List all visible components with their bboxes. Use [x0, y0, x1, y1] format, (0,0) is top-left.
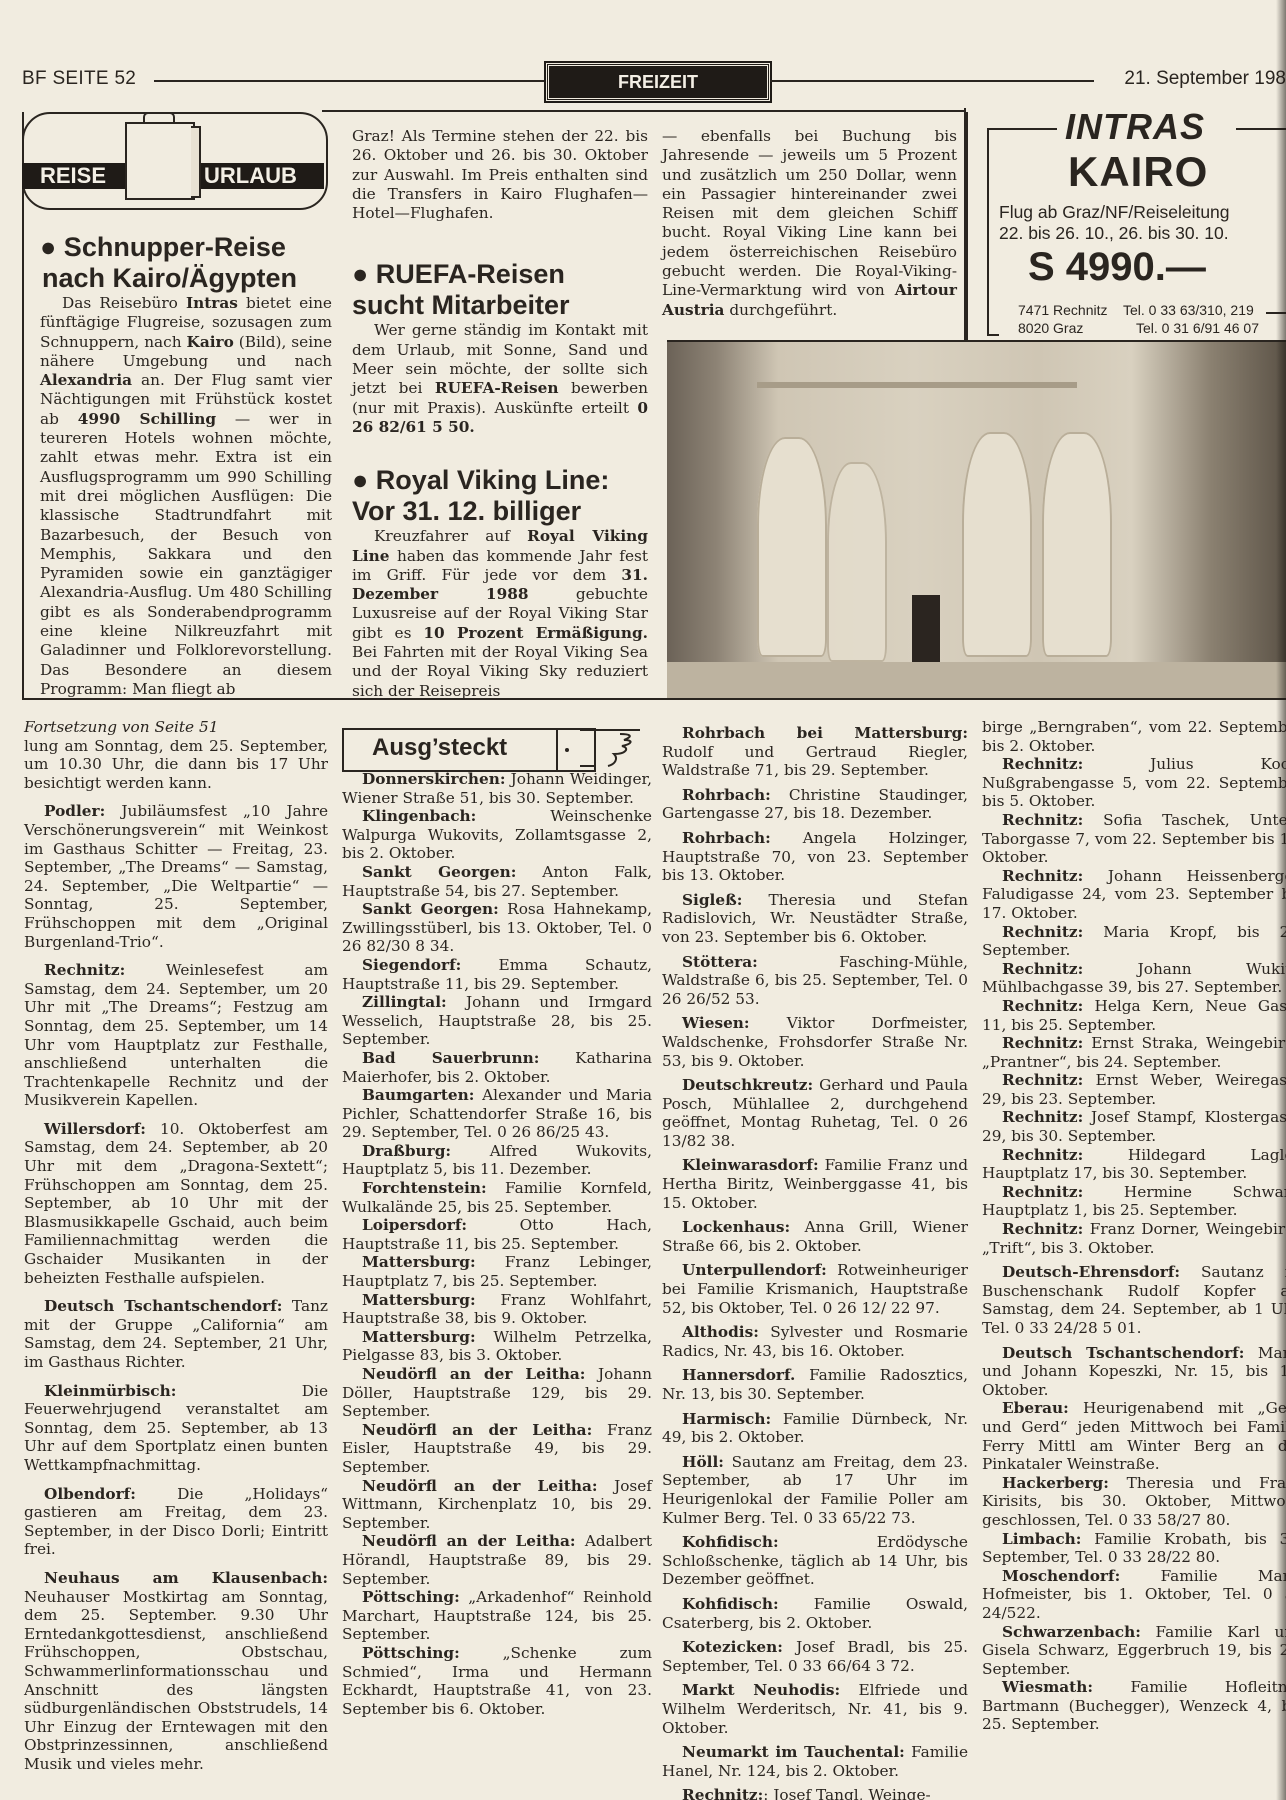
heurigen-bush-icon — [580, 728, 644, 768]
event-item: Olbendorf: Die „Holidays“ gastieren am F… — [24, 1485, 328, 1559]
listing-item: Rechnitz: Helga Kern, Neue Gasse 11, bis… — [982, 997, 1286, 1034]
section-rule — [22, 698, 1286, 700]
listing-item: Deutsch Tschantschendorf: Maria und Joha… — [982, 1344, 1286, 1400]
section-title: FREIZEIT — [546, 63, 770, 101]
listing-item: Neudörfl an der Leitha: Johann Döller, H… — [342, 1365, 652, 1421]
listing-item: Rechnitz: Johann Heissenberger, Faludiga… — [982, 867, 1286, 923]
ad-rule — [997, 128, 1057, 130]
listing-item: Rechnitz: Johann Wukits, Mühlbachgasse 3… — [982, 960, 1286, 997]
headline-ruefa-2: sucht Mitarbeiter — [352, 290, 648, 321]
listing-item: Mattersburg: Franz Lebinger, Hauptplatz … — [342, 1253, 652, 1290]
ausgsteckt-title: Ausg’steckt — [372, 734, 507, 762]
page-binding-shadow — [1276, 0, 1286, 1800]
listing-item: Deutsch-Ehrensdorf: Sautanz im Buschensc… — [982, 1263, 1286, 1337]
listing-item: Kohfidisch: Familie Oswald, Csaterberg, … — [662, 1595, 968, 1632]
listing-item: Kohfidisch: Erdödysche Schloßschenke, tä… — [662, 1533, 968, 1589]
listing-item: Rohrbach bei Mattersburg: Rudolf und Ger… — [662, 724, 968, 780]
statue — [757, 437, 827, 657]
headline-royal-1: ● Royal Viking Line: — [352, 465, 648, 496]
schnupper-continuation: Graz! Als Termine stehen der 22. bis 26.… — [352, 127, 648, 223]
listing-item: Baumgarten: Alexander und Maria Pichler,… — [342, 1086, 652, 1142]
ausgsteckt-column-1: Donnerskirchen: Johann Weidinger, Wiener… — [342, 770, 652, 1718]
royal-continuation: — ebenfalls bei Buchung bis Jahresende —… — [662, 127, 957, 320]
statue — [827, 462, 887, 662]
royal-body: Kreuzfahrer auf Royal Viking Line haben … — [352, 527, 648, 701]
page-label: BF SEITE 52 — [22, 68, 136, 90]
ad-address-2-city: 8020 Graz — [1018, 320, 1083, 336]
listing-item: Wiesen: Viktor Dorfmeister, Waldschenke,… — [662, 1014, 968, 1070]
listing-item: Althodis: Sylvester und Rosmarie Radics,… — [662, 1323, 968, 1360]
listing-item: Wiesmath: Familie Hofleitner Bartmann (B… — [982, 1678, 1286, 1734]
listing-item: Limbach: Familie Krobath, bis 30. Septem… — [982, 1530, 1286, 1567]
column-2: Graz! Als Termine stehen der 22. bis 26.… — [352, 127, 648, 701]
ad-dates: 22. bis 26. 10., 26. bis 30. 10. — [999, 223, 1229, 244]
event-item: Deutsch Tschantschendorf: Tanz mit der G… — [24, 1297, 328, 1371]
listing-item: Deutschkreutz: Gerhard und Paula Posch, … — [662, 1076, 968, 1150]
listing-item: Draßburg: Alfred Wukovits, Hauptplatz 5,… — [342, 1142, 652, 1179]
listing-item: Schwarzenbach: Familie Karl und Gisela S… — [982, 1623, 1286, 1679]
listing-item: Bad Sauerbrunn: Katharina Maierhofer, bi… — [342, 1049, 652, 1086]
listing-item: Kotezicken: Josef Bradl, bis 25. Septemb… — [662, 1638, 968, 1675]
listing-item: Sankt Georgen: Anton Falk, Hauptstraße 5… — [342, 863, 652, 900]
statue — [962, 432, 1032, 657]
ausgsteckt-column-2: Rohrbach bei Mattersburg: Rudolf und Ger… — [662, 718, 968, 1800]
event-item: Neuhaus am Klausenbach: Neuhauser Mostki… — [24, 1569, 328, 1774]
header-rule-right — [770, 80, 1094, 82]
article-schnupper-reise: ● Schnupper-Reise nach Kairo/Ägypten Das… — [40, 232, 332, 699]
listing-item: Forchtenstein: Familie Kornfeld, Wulkalä… — [342, 1179, 652, 1216]
ausgsteckt-dot — [565, 748, 569, 752]
headline-schnupper-1: ● Schnupper-Reise — [40, 232, 332, 263]
ad-address-1-city: 7471 Rechnitz — [1018, 302, 1108, 318]
listing-item: Rechnitz: Ernst Weber, Weiregasse 29, bi… — [982, 1071, 1286, 1108]
suitcase-side-icon — [191, 126, 201, 198]
listing-item: Stöttera: Fasching-Mühle, Waldstraße 6, … — [662, 953, 968, 1009]
listing-item: Lockenhaus: Anna Grill, Wiener Straße 66… — [662, 1218, 968, 1255]
listing-item: Hackerberg: Theresia und Franz Kirisits,… — [982, 1474, 1286, 1530]
photo-ground — [667, 662, 1286, 700]
listing-item: Rechnitz:: Josef Tangl, Weinge- — [662, 1786, 968, 1800]
column-3: — ebenfalls bei Buchung bis Jahresende —… — [662, 127, 957, 320]
listing-item: Hannersdorf. Familie Radosztics, Nr. 13,… — [662, 1366, 968, 1403]
listing-item: Kleinwarasdorf: Familie Franz und Hertha… — [662, 1156, 968, 1212]
ad-address-2-tel: Tel. 0 31 6/91 46 07 — [1136, 320, 1259, 336]
listing-item: Rechnitz: Hildegard Lagler, Hauptplatz 1… — [982, 1146, 1286, 1183]
ad-destination: KAIRO — [1068, 148, 1208, 196]
listing-item: Rohrbach: Angela Holzinger, Hauptstraße … — [662, 829, 968, 885]
ad-flight-info: Flug ab Graz/NF/Reiseleitung — [999, 202, 1230, 223]
events-intro: lung am Sonntag, dem 25. September, um 1… — [24, 737, 328, 793]
ad-brand: INTRAS — [1065, 106, 1205, 148]
listing-item: Unterpullendorf: Rotweinheuriger bei Fam… — [662, 1261, 968, 1317]
abu-simbel-photo — [667, 340, 1286, 700]
ad-price: S 4990.— — [1028, 245, 1206, 290]
logo-word-urlaub: URLAUB — [204, 163, 297, 189]
listing-item: Neudörfl an der Leitha: Josef Wittmann, … — [342, 1477, 652, 1533]
ad-address-1-tel: Tel. 0 33 63/310, 219 — [1123, 302, 1254, 318]
listing-item: Rechnitz: Sofia Taschek, Untere Taborgas… — [982, 811, 1286, 867]
listing-item: Rechnitz: Maria Kropf, bis 26. September… — [982, 923, 1286, 960]
ad-bracket — [987, 128, 999, 336]
listing-item: Klingenbach: Weinschenke Walpurga Wukovi… — [342, 807, 652, 863]
listing-item: Rechnitz: Ernst Straka, Weingebirge „Pra… — [982, 1034, 1286, 1071]
listing-item: Pöttsching: „Arkadenhof“ Reinhold Marcha… — [342, 1588, 652, 1644]
article-body: Das Reisebüro Intras bietet eine fünftäg… — [40, 294, 332, 699]
listing-item: Rechnitz: Josef Stampf, Klostergasse 29,… — [982, 1108, 1286, 1145]
headline-ruefa-1: ● RUEFA-Reisen — [352, 259, 648, 290]
listing-item: Rechnitz: Julius Koch, Nußgrabengasse 5,… — [982, 755, 1286, 811]
logo-word-reise: REISE — [40, 163, 106, 189]
listing-item: Pöttsching: „Schenke zum Schmied“, Irma … — [342, 1644, 652, 1718]
suitcase-icon — [125, 122, 195, 200]
listing-item: Höll: Sautanz am Freitag, dem 23. Septem… — [662, 1453, 968, 1527]
listing-item: Loipersdorf: Otto Hach, Hauptstraße 11, … — [342, 1216, 652, 1253]
listing-item: Rechnitz: Franz Dorner, Weingebirge „Tri… — [982, 1220, 1286, 1257]
listing-item: Moschendorf: Familie Maria Hofmeister, b… — [982, 1567, 1286, 1623]
headline-schnupper-2: nach Kairo/Ägypten — [42, 263, 332, 294]
statue — [1042, 432, 1112, 657]
listing-item: Rechnitz: Hermine Schwarz, Hauptplatz 1,… — [982, 1183, 1286, 1220]
listing-item: Harmisch: Familie Dürnbeck, Nr. 49, bis … — [662, 1410, 968, 1447]
events-column: Fortsetzung von Seite 51 lung am Sonntag… — [24, 718, 328, 1773]
listing-item: Markt Neuhodis: Elfriede und Wilhelm Wer… — [662, 1681, 968, 1737]
event-item: Rechnitz: Weinlesefest am Samstag, dem 2… — [24, 961, 328, 1110]
ruefa-body: Wer gerne ständig im Kontakt mit dem Url… — [352, 321, 648, 437]
listing-item: Rohrbach: Christine Staudinger, Gartenga… — [662, 786, 968, 823]
issue-date: 21. September 198 — [1124, 68, 1286, 90]
ausgsteckt-divider — [556, 728, 558, 770]
event-item: Podler: Jubiläumsfest „10 Jahre Verschön… — [24, 802, 328, 951]
photo-lintel — [757, 382, 1077, 388]
listing-item: Neumarkt im Tauchental: Familie Hanel, N… — [662, 1743, 968, 1780]
listing-item: Mattersburg: Wilhelm Petrzelka, Pielgass… — [342, 1328, 652, 1365]
event-item: Willersdorf: 10. Oktoberfest am Samstag,… — [24, 1120, 328, 1287]
listing-continuation: birge „Berngraben“, vom 22. September bi… — [982, 718, 1286, 755]
ausgsteckt-column-3: birge „Berngraben“, vom 22. September bi… — [982, 718, 1286, 1778]
travel-section-top-rule — [322, 110, 964, 112]
listing-item: Sigleß: Theresia und Stefan Radislovich,… — [662, 891, 968, 947]
listing-item: Donnerskirchen: Johann Weidinger, Wiener… — [342, 770, 652, 807]
header-rule-left — [154, 80, 546, 82]
event-item: Kleinmürbisch: Die Feuerwehrjugend veran… — [24, 1382, 328, 1475]
listing-item: Eberau: Heurigenabend mit „Gerd und Gerd… — [982, 1399, 1286, 1473]
headline-royal-2: Vor 31. 12. billiger — [352, 496, 648, 527]
listing-item: Siegendorf: Emma Schautz, Hauptstraße 11… — [342, 956, 652, 993]
listing-item: Mattersburg: Franz Wohlfahrt, Hauptstraß… — [342, 1291, 652, 1328]
listing-item: Neudörfl an der Leitha: Franz Eisler, Ha… — [342, 1421, 652, 1477]
listing-item: Zillingtal: Johann und Irmgard Wesselich… — [342, 993, 652, 1049]
listing-item: Neudörfl an der Leitha: Adalbert Hörandl… — [342, 1532, 652, 1588]
column-divider — [964, 108, 966, 340]
continuation-label: Fortsetzung von Seite 51 — [24, 718, 328, 737]
listing-item: Sankt Georgen: Rosa Hahnekamp, Zwillings… — [342, 900, 652, 956]
